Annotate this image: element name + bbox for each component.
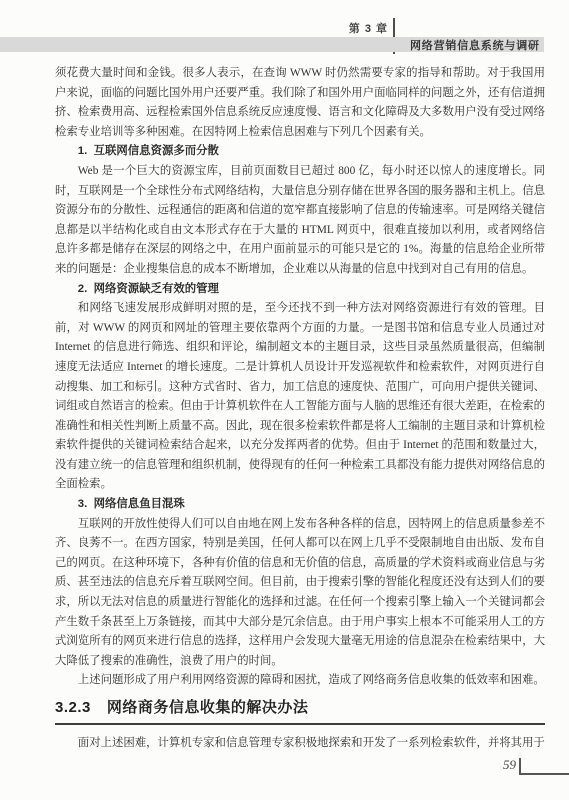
body-text-column: 须花费大量时间和金钱。很多人表示，在查询 WWW 时仍然需要专家的指导和帮助。对… (55, 64, 545, 754)
paragraph-item-1: Web 是一个巨大的资源宝库，目前页面数目已超过 800 亿，每小时还以惊人的速… (55, 162, 545, 280)
paragraph-item-2: 和网络飞速发展形成鲜明对照的是，至今还找不到一种方法对网络资源进行有效的管理。目… (55, 299, 545, 495)
section-title: 网络商务信息收集的解决办法 (107, 699, 309, 716)
list-item-heading-3: 3. 网络信息鱼目混珠 (55, 495, 545, 515)
paragraph-section-intro: 面对上述困难，计算机专家和信息管理专家积极地探索和开发了一系列检索软件，并将其用… (55, 734, 545, 754)
book-page: 第 3 章 网络营销信息系统与调研 须花费大量时间和金钱。很多人表示，在查询 W… (0, 0, 569, 800)
section-number: 3.2.3 (55, 699, 91, 716)
running-head-bar: 网络营销信息系统与调研 (0, 37, 544, 52)
page-number-tick (519, 758, 521, 774)
paragraph-item-3: 互联网的开放性使得人们可以自由地在网上发布各种各样的信息，因特网上的信息质量参差… (55, 515, 545, 672)
paragraph-summary: 上述问题形成了用户利用网络资源的障碍和困扰，造成了网络商务信息收集的低效率和困难… (55, 671, 545, 691)
list-item-heading-1: 1. 互联网信息资源多而分散 (55, 142, 545, 162)
paragraph-intro-continuation: 须花费大量时间和金钱。很多人表示，在查询 WWW 时仍然需要专家的指导和帮助。对… (55, 64, 545, 142)
list-item-heading-2: 2. 网络资源缺乏有效的管理 (55, 280, 545, 300)
chapter-title: 网络营销信息系统与调研 (410, 37, 540, 53)
section-heading: 3.2.3网络商务信息收集的解决办法 (55, 698, 545, 725)
chapter-number-label: 第 3 章 (0, 20, 388, 36)
page-number: 59 (486, 757, 516, 773)
page-number-rule (519, 773, 569, 775)
